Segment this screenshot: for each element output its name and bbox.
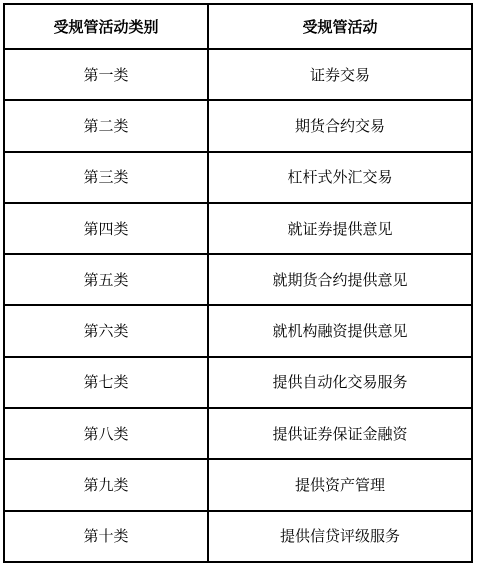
table-row: 第三类杠杆式外汇交易 [4,152,472,203]
category-cell: 第三类 [4,152,208,203]
column-header-category: 受规管活动类别 [4,4,208,49]
category-cell: 第四类 [4,203,208,254]
activity-cell: 就机构融资提供意见 [208,305,472,356]
activity-cell: 提供信贷评级服务 [208,511,472,562]
category-cell: 第二类 [4,100,208,151]
table-row: 第六类就机构融资提供意见 [4,305,472,356]
activity-cell: 就期货合约提供意见 [208,254,472,305]
table-body: 第一类证券交易第二类期货合约交易第三类杠杆式外汇交易第四类就证券提供意见第五类就… [4,49,472,562]
table-row: 第二类期货合约交易 [4,100,472,151]
table-row: 第一类证券交易 [4,49,472,100]
activity-cell: 杠杆式外汇交易 [208,152,472,203]
header-row: 受规管活动类别 受规管活动 [4,4,472,49]
category-cell: 第十类 [4,511,208,562]
table-row: 第十类提供信贷评级服务 [4,511,472,562]
category-cell: 第九类 [4,459,208,510]
activity-cell: 期货合约交易 [208,100,472,151]
regulated-activities-table: 受规管活动类别 受规管活动 第一类证券交易第二类期货合约交易第三类杠杆式外汇交易… [3,3,473,563]
table-row: 第九类提供资产管理 [4,459,472,510]
activity-cell: 提供证券保证金融资 [208,408,472,459]
activity-cell: 提供自动化交易服务 [208,357,472,408]
activity-cell: 证券交易 [208,49,472,100]
activity-cell: 就证券提供意见 [208,203,472,254]
category-cell: 第一类 [4,49,208,100]
category-cell: 第七类 [4,357,208,408]
activity-cell: 提供资产管理 [208,459,472,510]
category-cell: 第六类 [4,305,208,356]
table-row: 第七类提供自动化交易服务 [4,357,472,408]
table-row: 第八类提供证券保证金融资 [4,408,472,459]
table-row: 第四类就证券提供意见 [4,203,472,254]
column-header-activity: 受规管活动 [208,4,472,49]
table-row: 第五类就期货合约提供意见 [4,254,472,305]
category-cell: 第五类 [4,254,208,305]
category-cell: 第八类 [4,408,208,459]
